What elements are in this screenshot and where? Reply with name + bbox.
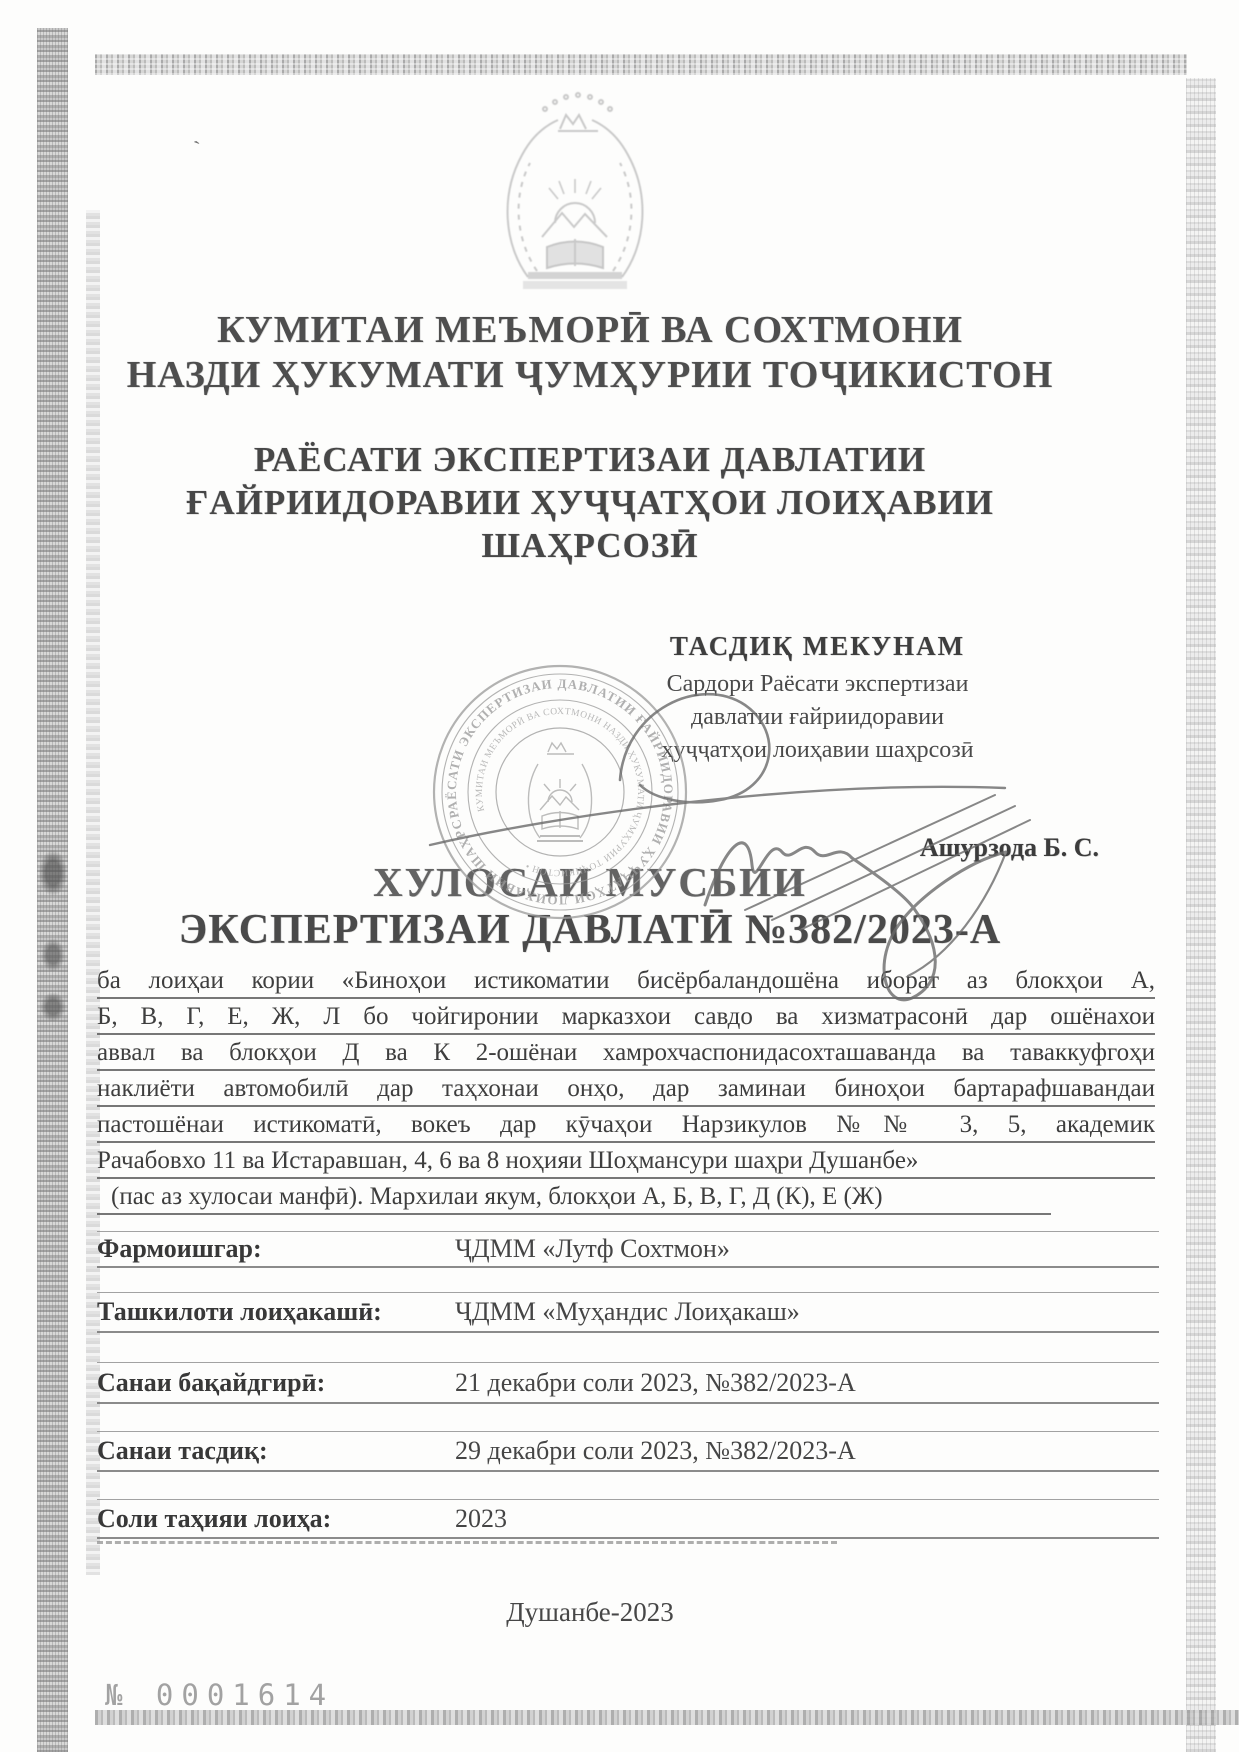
committee-title-line1: КУМИТАИ МЕЪМОРӢ ВА СОХТМОНИ [55,308,1125,352]
scan-smudge [40,992,66,1022]
field-row-designer: Ташкилоти лоиҳакашӣ: ҶДММ «Муҳандис Лоиҳ… [97,1292,1159,1333]
department-title-line2: ҒАЙРИИДОРАВИИ ҲУҶҶАТҲОИ ЛОИҲАВИИ [55,481,1125,524]
department-title-line1: РАЁСАТИ ЭКСПЕРТИЗАИ ДАВЛАТИИ [55,438,1125,481]
scan-speck: ˏ [186,120,201,147]
field-value: ҶДММ «Лутф Сохтмон» [455,1234,730,1264]
field-label: Санаи тасдиқ: [97,1436,455,1466]
serial-number: № 0001614 [105,1678,334,1712]
committee-title-line2: НАЗДИ ҲУКУМАТИ ҶУМҲУРИИ ТОҶИКИСТОН [55,353,1125,397]
tajikistan-emblem-icon [450,85,700,310]
field-row-approval-date: Санаи тасдиқ: 29 декабри соли 2023, №382… [97,1431,1159,1472]
scan-edge-bottom [95,1710,1239,1725]
field-label: Ташкилоти лоиҳакашӣ: [97,1297,455,1327]
field-value: ҶДММ «Муҳандис Лоиҳакаш» [455,1297,800,1327]
city-year: Душанбе-2023 [55,1597,1125,1628]
field-row-registration-date: Санаи бақайдгирӣ: 21 декабри соли 2023, … [97,1362,1159,1404]
body-line: аввал ва блокҳои Д ва К 2-ошёнаи хамрохч… [97,1036,1155,1071]
scan-edge-right [1186,78,1216,1752]
field-value: 29 декабри соли 2023, №382/2023-А [455,1436,856,1466]
body-line: Рачабовхо 11 ва Истаравшан, 4, 6 ва 8 но… [97,1144,1155,1179]
signature [400,630,1060,1020]
field-label: Соли таҳияи лоиҳа: [97,1504,455,1534]
body-line: пастошёнаи истикоматӣ, вокеъ дар кӯчаҳои… [97,1108,1155,1143]
field-label: Фармоишгар: [97,1234,455,1264]
field-row-customer: Фармоишгар: ҶДММ «Лутф Сохтмон» [97,1231,1159,1268]
dashed-rule [97,1541,837,1544]
scanned-document-page: ˏ КУМИТАИ МЕЪМОРӢ ВА СОХТМОНИ НАЗДИ ҲУКУ… [0,0,1239,1752]
field-row-project-year: Соли таҳияи лоиҳа: 2023 [97,1499,1159,1539]
field-value: 21 декабри соли 2023, №382/2023-А [455,1368,856,1398]
body-line: наклиёти автомобилӣ дар таҳхонаи онҳо, д… [97,1072,1155,1107]
body-line: (пас аз хулосаи манфӣ). Мархилаи якум, б… [97,1180,1051,1215]
scan-edge-top [95,54,1187,75]
department-title-line3: ШАҲРСОЗӢ [55,524,1125,567]
field-label: Санаи бақайдгирӣ: [97,1368,455,1398]
field-value: 2023 [455,1504,507,1534]
